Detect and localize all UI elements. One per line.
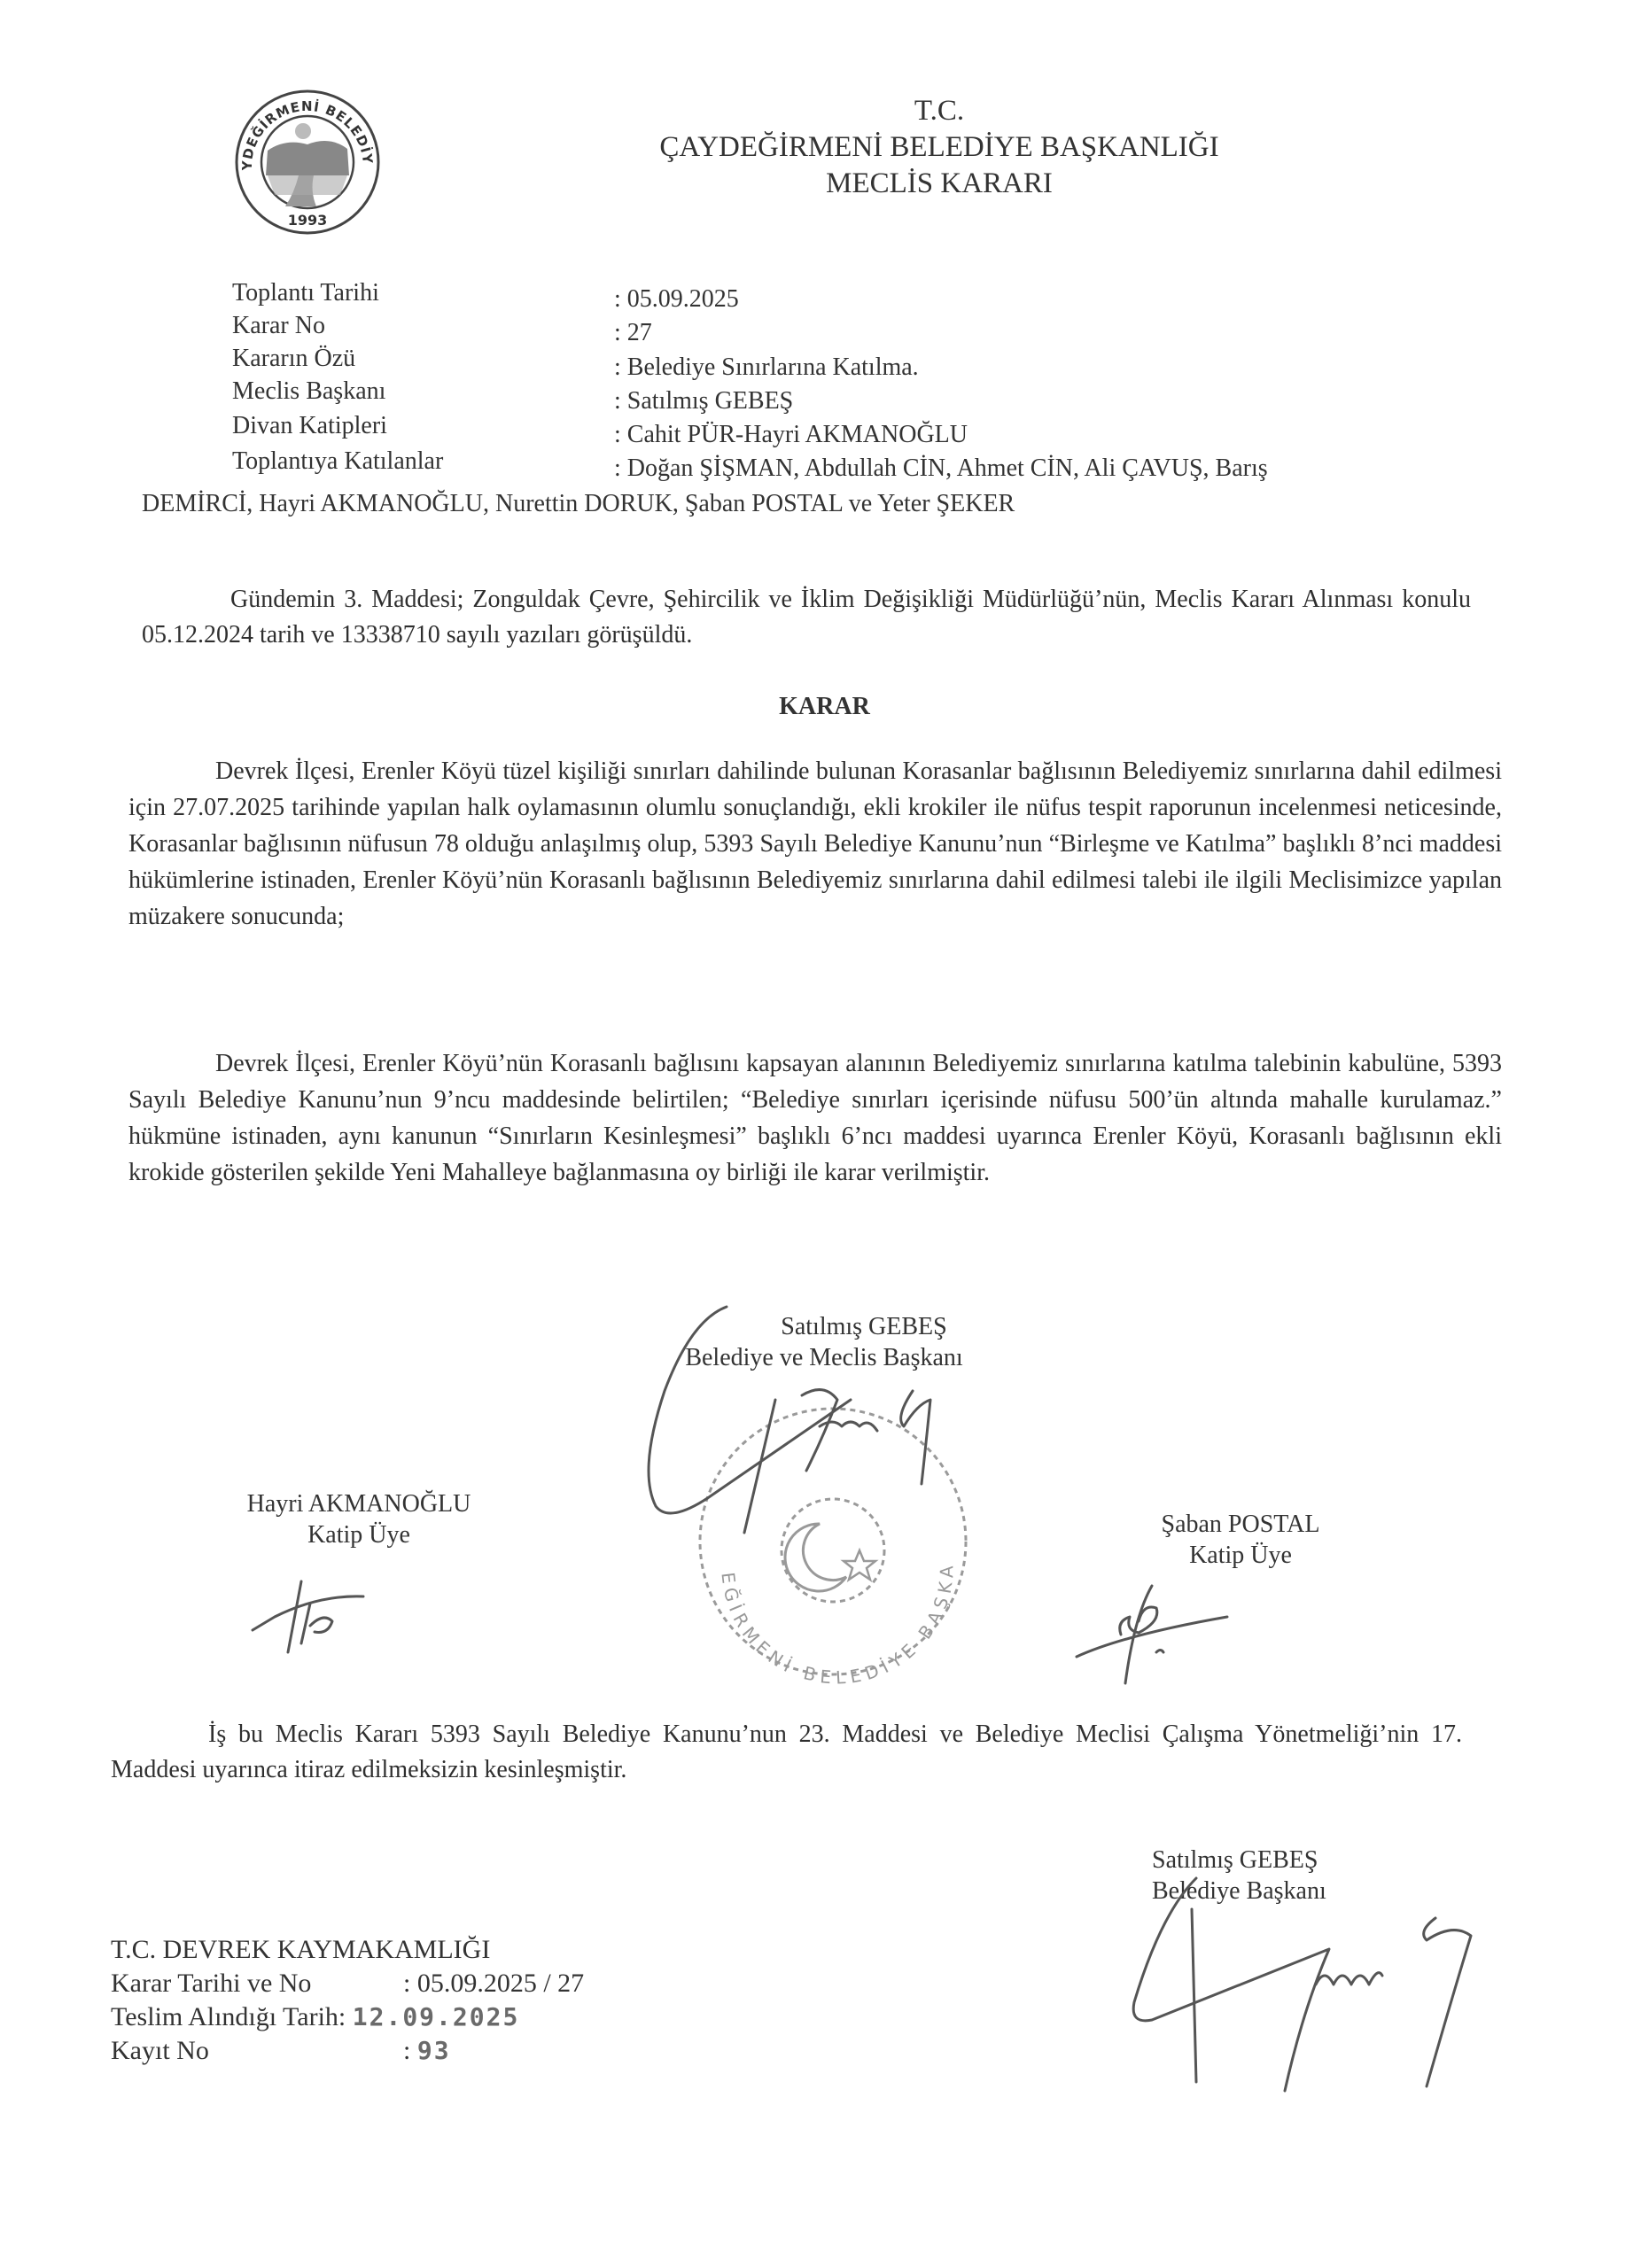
- meta-label-chair: Meclis Başkanı: [232, 377, 385, 406]
- header-doc-type: MECLİS KARARI: [496, 166, 1382, 202]
- registry-row-decision: Karar Tarihi ve No : 05.09.2025 / 27: [111, 1967, 584, 2000]
- meta-label-participants: Toplantıya Katılanlar: [232, 447, 443, 476]
- registry-row-record: Kayıt No : 93: [111, 2034, 584, 2068]
- registry-label-received: Teslim Alındığı Tarih: [111, 2000, 338, 2034]
- meta-label-decision-no: Karar No: [232, 312, 325, 340]
- meta-value-chair: : Satılmış GEBEŞ: [614, 387, 793, 416]
- decision-heading: KARAR: [0, 693, 1649, 721]
- mayor-signature-icon: [1099, 1860, 1524, 2091]
- clerk-right-title: Katip Üye: [1090, 1540, 1391, 1571]
- header-tc: T.C.: [496, 93, 1382, 129]
- clerk-left-title: Katip Üye: [191, 1519, 527, 1550]
- decision-paragraph-2: Devrek İlçesi, Erenler Köyü’nün Korasanl…: [128, 1045, 1502, 1191]
- meta-value-summary: : Belediye Sınırlarına Katılma.: [614, 353, 919, 382]
- president-signature-icon: [620, 1293, 992, 1559]
- meta-label-date: Toplantı Tarihi: [232, 279, 379, 307]
- meta-value-decision-no: : 27: [614, 319, 652, 347]
- clerk-right-signature-block: Şaban POSTAL Katip Üye: [1090, 1509, 1391, 1571]
- meta-label-summary: Kararın Özü: [232, 345, 355, 373]
- meta-label-clerks: Divan Katipleri: [232, 412, 387, 440]
- registry-label-decision: Karar Tarihi ve No: [111, 1967, 403, 2000]
- clerk-left-signature-icon: [248, 1577, 372, 1657]
- logo-year: 1993: [288, 212, 328, 229]
- municipality-seal-icon: ÇAYDEĞİRMENİ BELEDİYESİ 1993: [232, 87, 383, 237]
- participants-continued: DEMİRCİ, Hayri AKMANOĞLU, Nurettin DORUK…: [142, 490, 1015, 518]
- clerk-left-name: Hayri AKMANOĞLU: [191, 1488, 527, 1519]
- meta-value-participants: : Doğan ŞİŞMAN, Abdullah CİN, Ahmet CİN,…: [614, 454, 1268, 483]
- registry-row-received: Teslim Alındığı Tarih: 12.09.2025: [111, 2000, 584, 2034]
- finalization-paragraph: İş bu Meclis Kararı 5393 Sayılı Belediye…: [111, 1717, 1462, 1788]
- registry-label-record: Kayıt No: [111, 2034, 403, 2068]
- agenda-paragraph: Gündemin 3. Maddesi; Zonguldak Çevre, Şe…: [142, 582, 1471, 653]
- registry-authority: T.C. DEVREK KAYMAKAMLIĞI: [111, 1933, 584, 1967]
- decision-paragraph-1: Devrek İlçesi, Erenler Köyü tüzel kişili…: [128, 753, 1502, 935]
- registry-block: T.C. DEVREK KAYMAKAMLIĞI Karar Tarihi ve…: [111, 1933, 584, 2068]
- registry-value-record: 93: [417, 2034, 451, 2068]
- registry-value-decision: : 05.09.2025 / 27: [403, 1967, 584, 2000]
- document-header: T.C. ÇAYDEĞİRMENİ BELEDİYE BAŞKANLIĞI ME…: [496, 93, 1382, 202]
- meta-value-date: : 05.09.2025: [614, 285, 739, 314]
- clerk-left-signature-block: Hayri AKMANOĞLU Katip Üye: [191, 1488, 527, 1550]
- meta-value-clerks: : Cahit PÜR-Hayri AKMANOĞLU: [614, 421, 968, 449]
- header-institution: ÇAYDEĞİRMENİ BELEDİYE BAŞKANLIĞI: [496, 129, 1382, 166]
- registry-value-received: 12.09.2025: [353, 2000, 520, 2034]
- clerk-right-name: Şaban POSTAL: [1090, 1509, 1391, 1540]
- document-page: ÇAYDEĞİRMENİ BELEDİYESİ 1993 T.C. ÇAYDEĞ…: [0, 0, 1649, 2268]
- clerk-right-signature-icon: [1072, 1581, 1232, 1688]
